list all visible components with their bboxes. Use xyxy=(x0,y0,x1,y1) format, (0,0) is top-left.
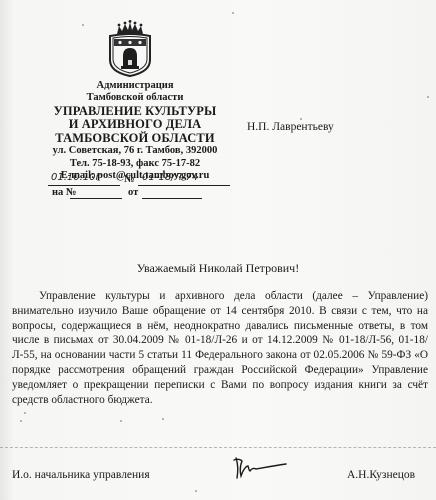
from-label: от xyxy=(128,187,138,198)
scan-speck xyxy=(195,490,197,492)
tambov-coat-of-arms-icon xyxy=(103,20,157,78)
registration-number-label: № xyxy=(124,174,135,185)
registration-number: 01-18/Л-74 xyxy=(142,172,198,183)
number-underline xyxy=(138,185,230,186)
letterhead-region: Тамбовской области xyxy=(40,92,230,104)
letter-page: Администрация Тамбовской области УПРАВЛЕ… xyxy=(0,0,436,500)
scan-speck xyxy=(300,118,302,120)
reply-to-label: на № xyxy=(52,187,76,198)
scan-speck xyxy=(232,12,234,14)
letterhead-administration: Администрация xyxy=(40,80,230,92)
letterhead-department-line-3: ТАМБОВСКОЙ ОБЛАСТИ xyxy=(40,132,230,146)
scan-speck xyxy=(82,24,84,26)
date-underline xyxy=(48,185,120,186)
signer-name: А.Н.Кузнецов xyxy=(347,469,415,481)
body-paragraph: Управление культуры и архивного дела обл… xyxy=(12,289,428,407)
registration-date: 01.10.10г xyxy=(51,172,101,183)
letterhead: Администрация Тамбовской области УПРАВЛЕ… xyxy=(40,80,230,183)
letterhead-phone-fax: Тел. 75-18-93, факс 75-17-82 xyxy=(40,158,230,171)
signer-title: И.о. начальника управления xyxy=(12,469,150,481)
letterhead-department-line-2: И АРХИВНОГО ДЕЛА xyxy=(40,118,230,132)
scan-speck xyxy=(24,412,26,414)
letter-body: Управление культуры и архивного дела обл… xyxy=(12,289,428,407)
reply-to-underline xyxy=(70,198,122,199)
scan-speck xyxy=(120,420,122,422)
salutation: Уважаемый Николай Петрович! xyxy=(0,261,436,276)
letterhead-address: ул. Советская, 76 г. Тамбов, 392000 xyxy=(40,145,230,158)
scan-speck xyxy=(20,420,22,422)
fold-line xyxy=(0,447,436,448)
from-underline xyxy=(142,198,202,199)
letterhead-department-line-1: УПРАВЛЕНИЕ КУЛЬТУРЫ xyxy=(40,105,230,119)
scan-speck xyxy=(427,96,429,98)
scan-speck xyxy=(162,418,164,420)
handwritten-signature-icon xyxy=(232,454,288,480)
recipient: Н.П. Лаврентьеву xyxy=(247,121,334,133)
